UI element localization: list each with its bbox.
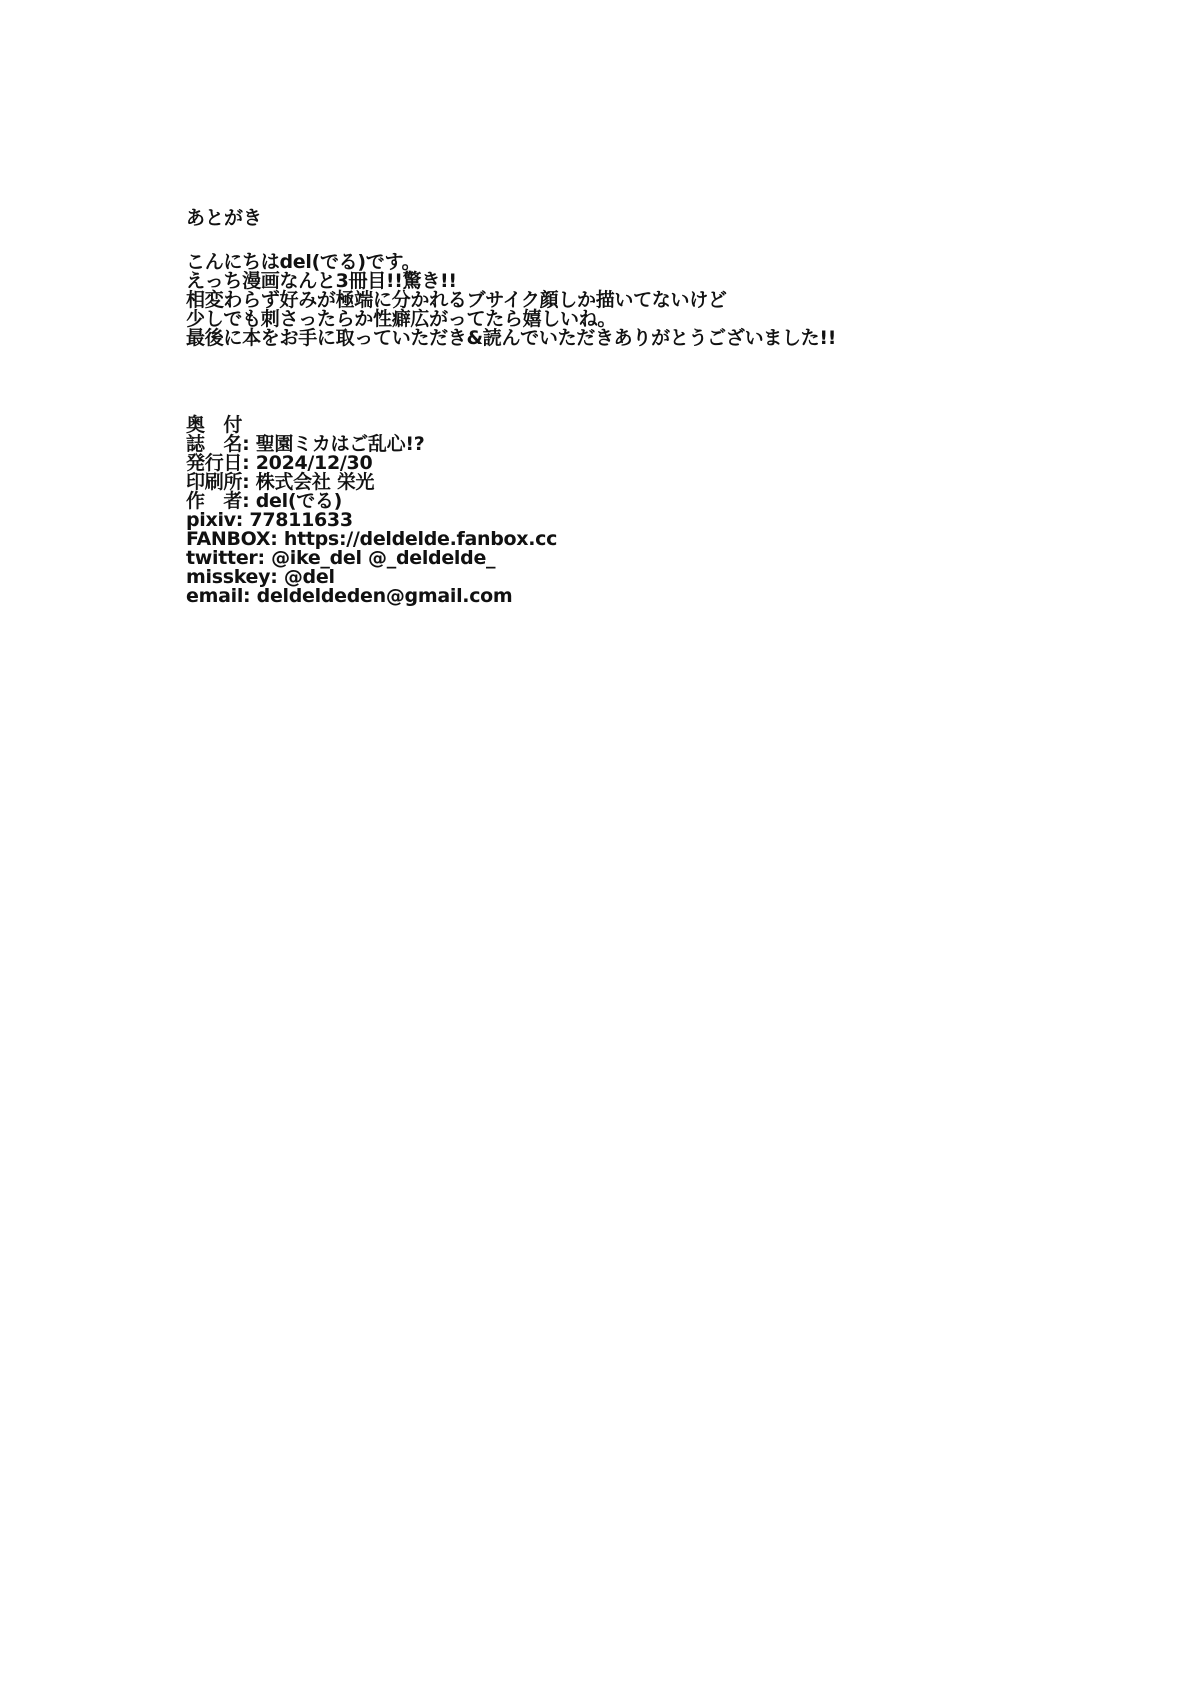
document-page: あとがき こんにちはdel(でる)です。 えっち漫画なんと3冊目!!驚き!! 相… [0, 0, 1200, 1698]
afterword-heading: あとがき [186, 207, 262, 229]
colophon-label: email [186, 587, 243, 606]
afterword-body: こんにちはdel(でる)です。 えっち漫画なんと3冊目!!驚き!! 相変わらず好… [186, 253, 836, 348]
afterword-line: 最後に本をお手に取っていただき&読んでいただきありがとうございました!! [186, 329, 836, 348]
colophon-separator: : [243, 585, 257, 607]
colophon-entry-email: email: deldeldeden@gmail.com [186, 587, 557, 606]
colophon-value: deldeldeden@gmail.com [257, 585, 513, 607]
colophon: 奥 付 誌 名: 聖園ミカはご乱心!? 発行日: 2024/12/30 印刷所:… [186, 416, 557, 606]
